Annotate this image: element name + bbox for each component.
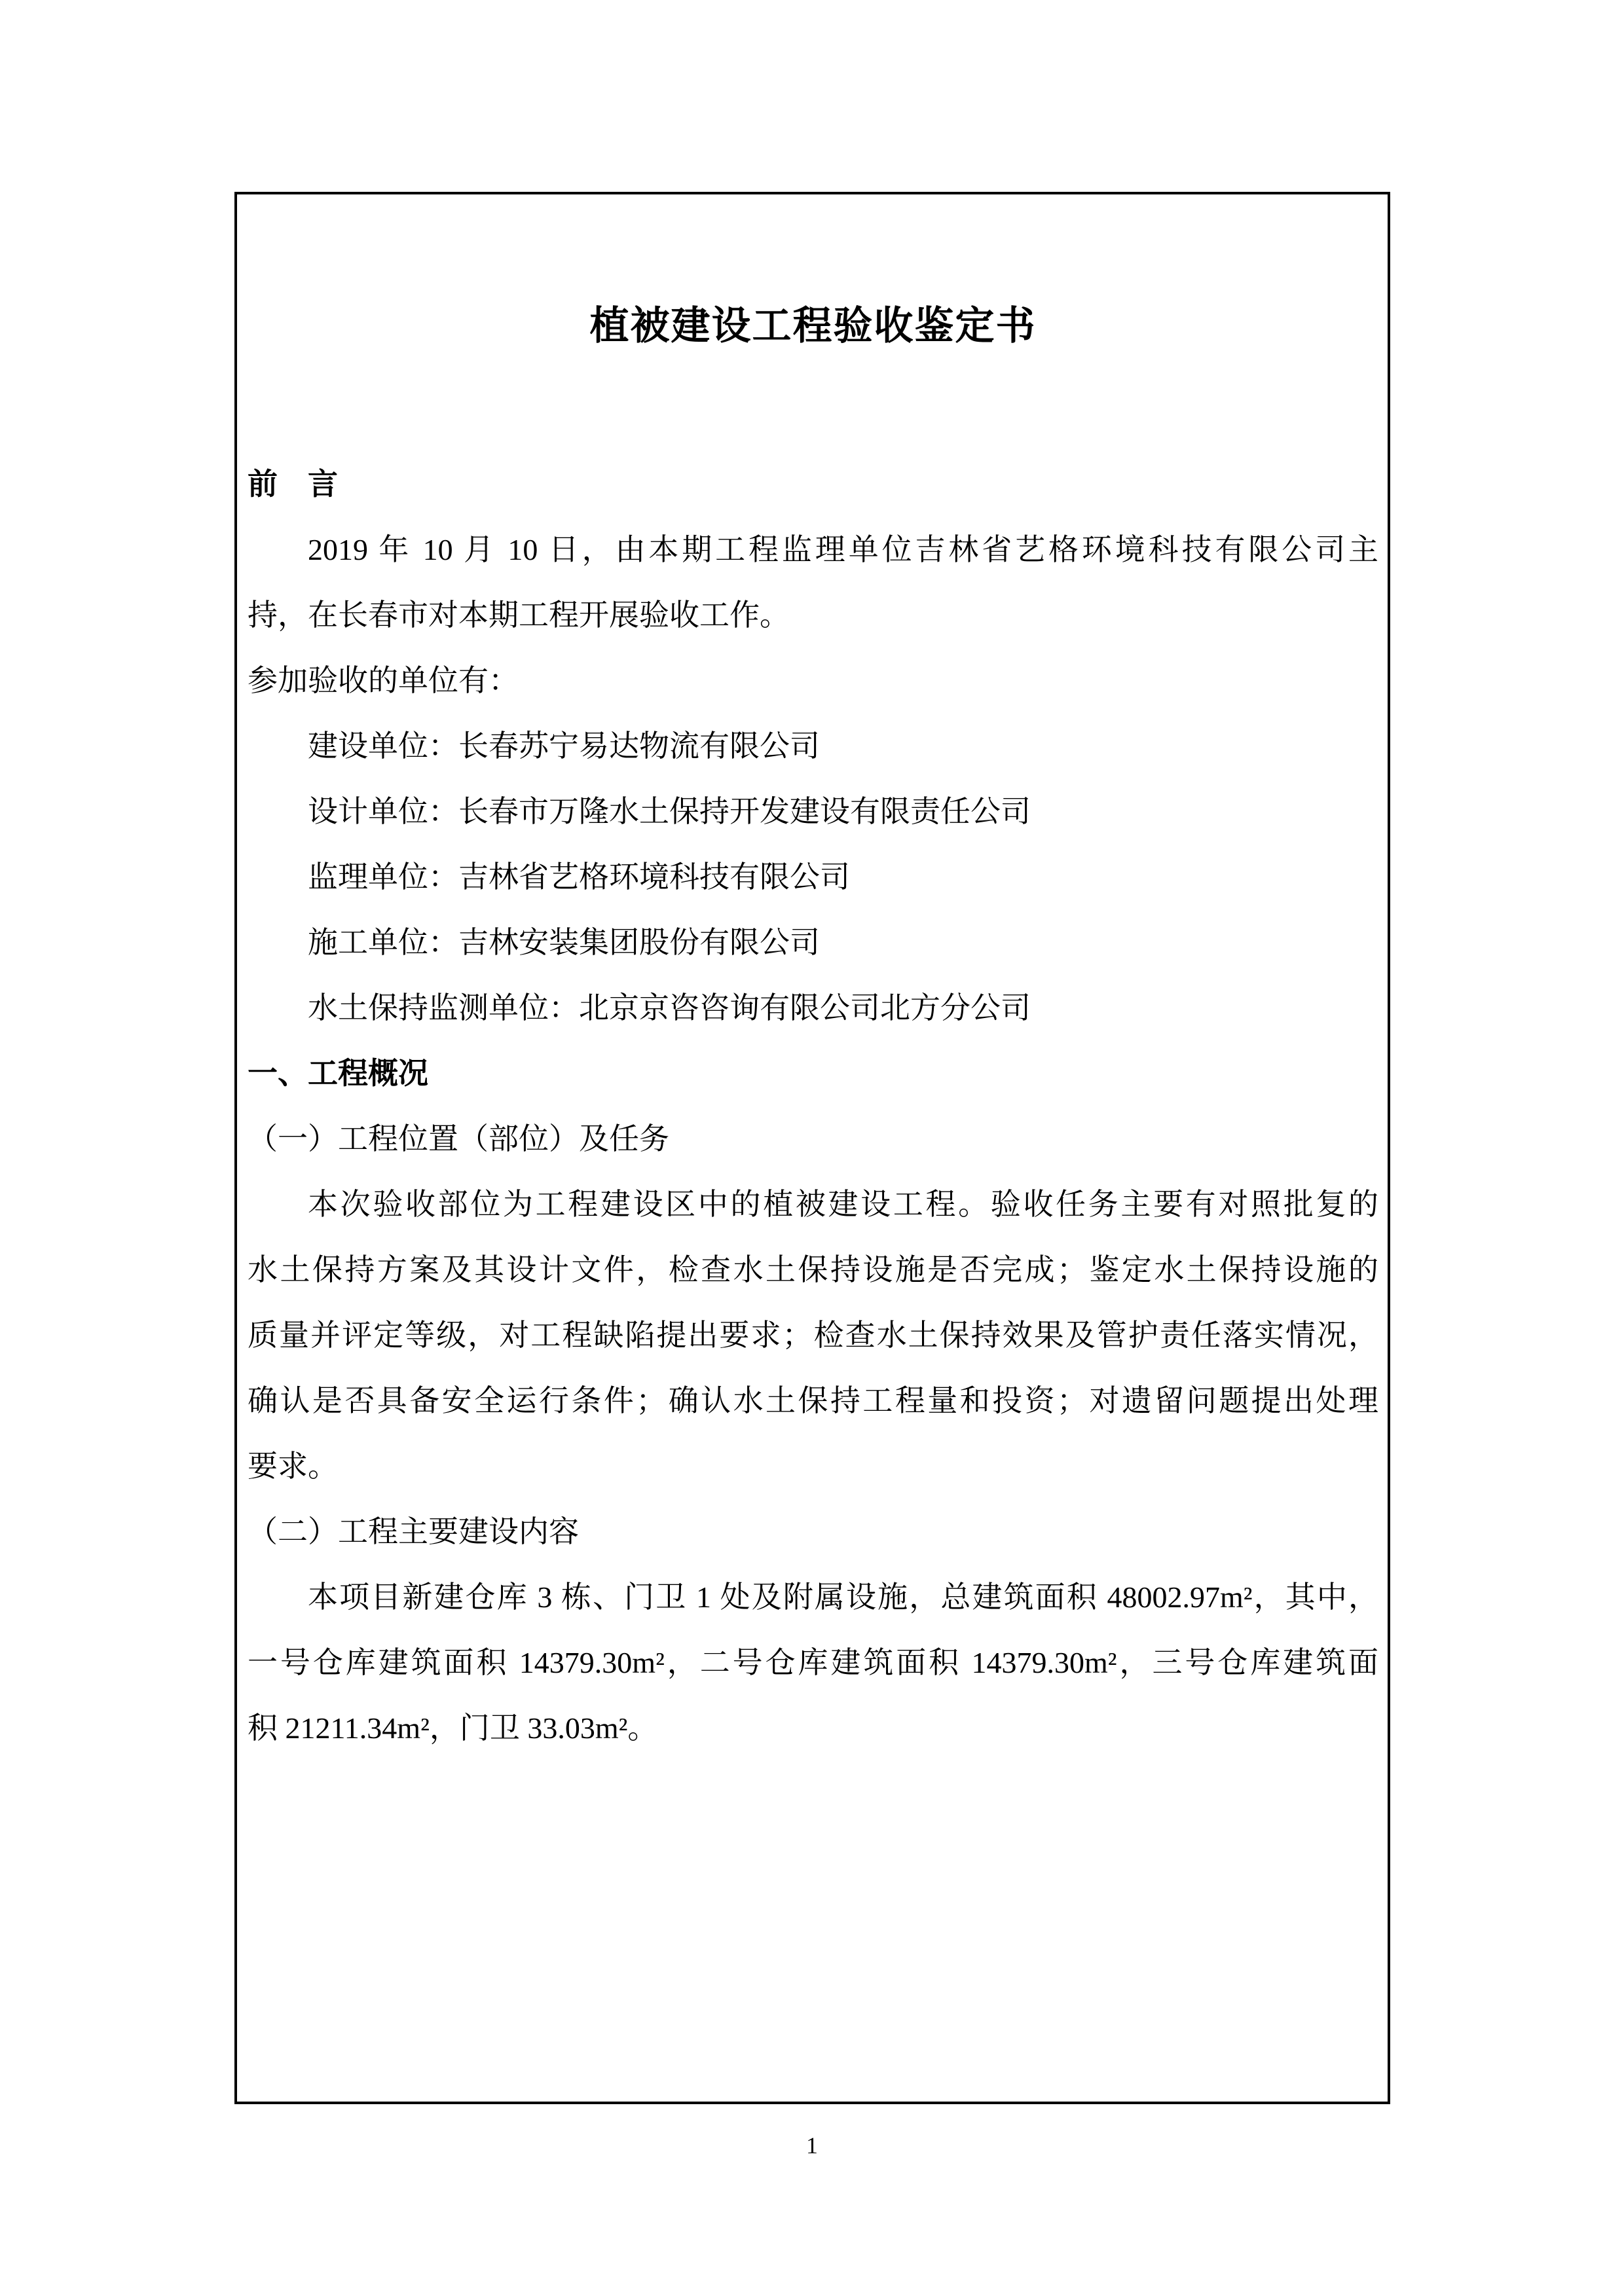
task-para-line-3: 质量并评定等级，对工程缺陷提出要求；检查水土保持效果及管护责任落实情况，	[248, 1303, 1378, 1368]
units-intro-line: 参加验收的单位有：	[248, 648, 1378, 714]
document-page: 植被建设工程验收鉴定书 前 言 2019 年 10 月 10 日，由本期工程监理…	[0, 0, 1624, 2296]
section-1-2-heading: （二）工程主要建设内容	[248, 1499, 1378, 1565]
unit-contractor: 施工单位：吉林安装集团股份有限公司	[248, 910, 1378, 975]
page-number: 1	[0, 2131, 1624, 2160]
section-1-heading: 一、工程概况	[248, 1041, 1378, 1106]
preface-line-2: 持，在长春市对本期工程开展验收工作。	[248, 583, 1378, 648]
task-para-line-2: 水土保持方案及其设计文件，检查水土保持设施是否完成；鉴定水土保持设施的	[248, 1237, 1378, 1303]
doc-title: 植被建设工程验收鉴定书	[248, 293, 1378, 359]
page-border: 植被建设工程验收鉴定书 前 言 2019 年 10 月 10 日，由本期工程监理…	[234, 192, 1390, 2104]
preface-line-1: 2019 年 10 月 10 日，由本期工程监理单位吉林省艺格环境科技有限公司主	[248, 517, 1378, 583]
task-para-line-5: 要求。	[248, 1434, 1378, 1499]
task-para-line-4: 确认是否具备安全运行条件；确认水土保持工程量和投资；对遗留问题提出处理	[248, 1368, 1378, 1434]
document-content: 植被建设工程验收鉴定书 前 言 2019 年 10 月 10 日，由本期工程监理…	[237, 293, 1388, 1761]
unit-construction: 建设单位：长春苏宁易达物流有限公司	[248, 714, 1378, 779]
content-para-line-2: 一号仓库建筑面积 14379.30m²，二号仓库建筑面积 14379.30m²，…	[248, 1630, 1378, 1696]
unit-design: 设计单位：长春市万隆水土保持开发建设有限责任公司	[248, 779, 1378, 845]
unit-supervision: 监理单位：吉林省艺格环境科技有限公司	[248, 845, 1378, 910]
content-para-line-3: 积 21211.34m²，门卫 33.03m²。	[248, 1696, 1378, 1761]
unit-monitoring: 水土保持监测单位：北京京咨咨询有限公司北方分公司	[248, 975, 1378, 1041]
content-para-line-1: 本项目新建仓库 3 栋、门卫 1 处及附属设施，总建筑面积 48002.97m²…	[248, 1565, 1378, 1630]
section-1-1-heading: （一）工程位置（部位）及任务	[248, 1106, 1378, 1172]
task-para-line-1: 本次验收部位为工程建设区中的植被建设工程。验收任务主要有对照批复的	[248, 1172, 1378, 1237]
preface-heading: 前 言	[248, 452, 1378, 517]
